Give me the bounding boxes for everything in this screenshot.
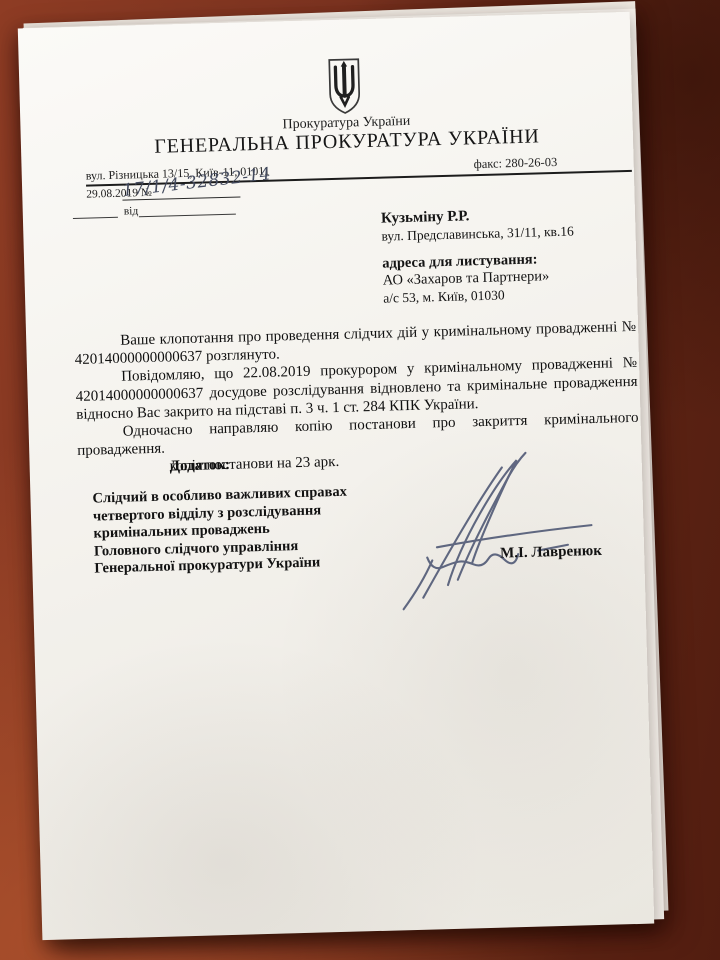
handwritten-signature xyxy=(389,441,599,616)
letter-body: Ваше клопотання про проведення слідчих д… xyxy=(74,318,639,461)
vid-blank-line xyxy=(73,217,118,220)
org-fax: факс: 280-26-03 xyxy=(473,155,557,172)
document-page: Прокуратура України ГЕНЕРАЛЬНА ПРОКУРАТУ… xyxy=(18,12,654,940)
signer-title: Слідчий в особливо важливих справах четв… xyxy=(92,481,439,578)
vid-label: від xyxy=(124,205,139,217)
recipient-block: Кузьміну Р.Р. вул. Предславинська, 31/11… xyxy=(381,204,629,307)
signer-name: М.І. Лавренюк xyxy=(500,543,602,563)
vid-blank-line xyxy=(139,214,236,218)
ukraine-trident-icon xyxy=(323,57,367,116)
